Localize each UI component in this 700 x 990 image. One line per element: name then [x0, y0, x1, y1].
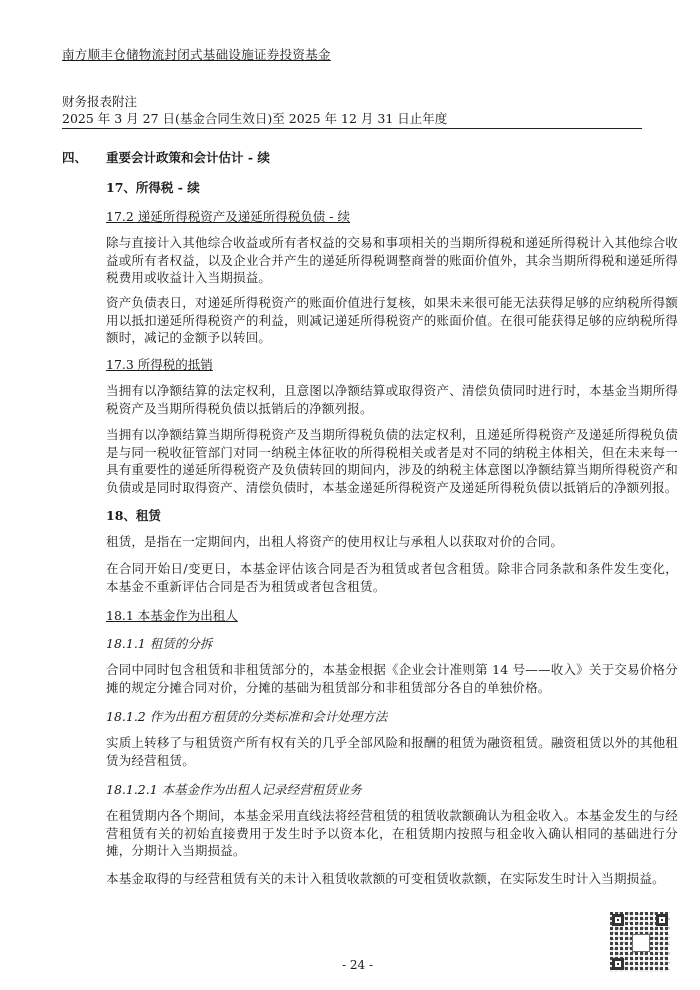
paragraph-17-2-2: 资产负债表日，对递延所得税资产的账面价值进行复核，如果未来很可能无法获得足够的应…	[106, 294, 678, 347]
paragraph-18-1-2-1-a: 在租赁期内各个期间，本基金采用直线法将经营租赁的租赁收款额确认为租金收入。本基金…	[106, 807, 678, 860]
paragraph-17-3-2: 当拥有以净额结算当期所得税资产及当期所得税负债的法定权利，且递延所得税资产及递延…	[106, 426, 678, 496]
paragraph-18-1-2: 实质上转移了与租赁资产所有权有关的几乎全部风险和报酬的租赁为融资租赁。融资租赁以…	[106, 734, 678, 769]
heading-18-1-2: 18.1.2 作为出租方租赁的分类标准和会计处理方法	[106, 707, 387, 725]
section-heading: 四、重要会计政策和会计估计 - 续	[62, 148, 270, 166]
reporting-period: 2025 年 3 月 27 日(基金合同生效日)至 2025 年 12 月 31…	[62, 109, 642, 129]
paragraph-17-3-1: 当拥有以净额结算的法定权利，且意图以净额结算或取得资产、清偿负债同时进行时，本基…	[106, 382, 678, 417]
doc-title: 财务报表附注	[62, 92, 137, 110]
paragraph-18-1: 租赁，是指在一定期间内，出租人将资产的使用权让与承租人以获取对价的合同。	[106, 533, 678, 551]
paragraph-17-2-1: 除与直接计入其他综合收益或所有者权益的交易和事项相关的当期所得税和递延所得税计入…	[106, 234, 678, 287]
qr-code-icon	[610, 912, 670, 972]
paragraph-18-2: 在合同开始日/变更日，本基金评估该合同是否为租赁或者包含租赁。除非合同条款和条件…	[106, 560, 678, 595]
qr-center-mark	[632, 934, 650, 952]
heading-18-1-1: 18.1.1 租赁的分拆	[106, 634, 212, 652]
fund-name-header: 南方顺丰仓储物流封闭式基础设施证券投资基金	[62, 45, 331, 63]
qr-finder-top-right	[656, 914, 668, 926]
heading-17-2: 17.2 递延所得税资产及递延所得税负债 - 续	[106, 207, 350, 225]
heading-17-3: 17.3 所得税的抵销	[106, 355, 213, 373]
heading-18-1-2-1: 18.1.2.1 本基金作为出租人记录经营租赁业务	[106, 780, 362, 798]
paragraph-18-1-2-1-b: 本基金取得的与经营租赁有关的未计入租赁收款额的可变租赁收款额，在实际发生时计入当…	[106, 870, 678, 888]
section-title: 重要会计政策和会计估计 - 续	[106, 150, 270, 165]
paragraph-18-1-1: 合同中同时包含租赁和非租赁部分的，本基金根据《企业会计准则第 14 号——收入》…	[106, 661, 678, 696]
qr-finder-top-left	[612, 914, 624, 926]
heading-18: 18、租赁	[106, 506, 161, 524]
page-number: - 24 -	[342, 958, 373, 972]
section-number: 四、	[62, 148, 106, 166]
heading-17: 17、所得税 - 续	[106, 178, 200, 196]
heading-18-1: 18.1 本基金作为出租人	[106, 606, 238, 624]
document-page: 南方顺丰仓储物流封闭式基础设施证券投资基金 财务报表附注 2025 年 3 月 …	[0, 0, 700, 990]
qr-finder-bottom-left	[612, 958, 624, 970]
